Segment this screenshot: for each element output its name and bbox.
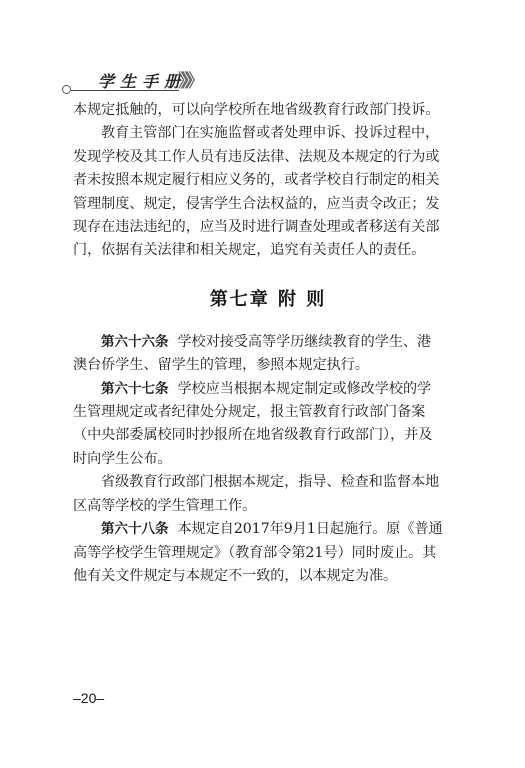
article-67: 第六十七条 学校应当根据本规定制定或修改学校的学 bbox=[73, 378, 463, 401]
text-line: 他有关文件规定与本规定不一致的，以本规定为准。 bbox=[73, 565, 463, 588]
text-line: 澳台侨学生、留学生的管理，参照本规定执行。 bbox=[73, 354, 463, 377]
header-title: 学生手册 bbox=[98, 69, 186, 92]
text-line: 生管理规定或者纪律处分规定，报主管教育行政部门备案 bbox=[73, 401, 463, 424]
chevrons-icon: 》》》 bbox=[178, 67, 199, 93]
text-line: 本规定自2017年9月1日起施行。原《普通 bbox=[177, 521, 442, 537]
text-line: 学校应当根据本规定制定或修改学校的学 bbox=[177, 381, 431, 397]
text-line: 者未按照本规定履行相应义务的，或者学校自行制定的相关 bbox=[73, 169, 463, 192]
text-line: 高等学校学生管理规定》（教育部令第21号）同时废止。其 bbox=[73, 542, 463, 565]
article-68: 第六十八条 本规定自2017年9月1日起施行。原《普通 bbox=[73, 518, 463, 541]
article-label: 第六十八条 bbox=[101, 521, 169, 537]
article-66: 第六十六条 学校对接受高等学历继续教育的学生、港 bbox=[73, 331, 463, 354]
page-number: –20– bbox=[73, 690, 104, 706]
text-line: 发现学校及其工作人员有违反法律、法规及本规定的行为或 bbox=[73, 146, 463, 169]
article-label: 第六十七条 bbox=[101, 381, 169, 397]
text-line: （中央部委属校同时抄报所在地省级教育行政部门），并及 bbox=[73, 424, 463, 447]
chapter-heading: 第七章 附 则 bbox=[73, 285, 463, 311]
page-body: 本规定抵触的，可以向学校所在地省级教育行政部门投诉。 教育主管部门在实施监督或者… bbox=[73, 99, 463, 588]
text-line: 本规定抵触的，可以向学校所在地省级教育行政部门投诉。 bbox=[73, 99, 463, 122]
article-label: 第六十六条 bbox=[101, 334, 169, 350]
running-header: 学生手册 》》》 bbox=[62, 68, 212, 96]
text-line: 时向学生公布。 bbox=[73, 448, 463, 471]
circle-ornament-icon bbox=[62, 85, 71, 94]
text-line: 管理制度、规定，侵害学生合法权益的，应当责令改正；发 bbox=[73, 193, 463, 216]
text-line: 区高等学校的学生管理工作。 bbox=[73, 495, 463, 518]
text-line: 现存在违法违纪的，应当及时进行调查处理或者移送有关部 bbox=[73, 216, 463, 239]
text-line: 教育主管部门在实施监督或者处理申诉、投诉过程中， bbox=[73, 122, 463, 145]
text-line: 门，依据有关法律和相关规定，追究有关责任人的责任。 bbox=[73, 239, 463, 262]
text-line: 省级教育行政部门根据本规定，指导、检查和监督本地 bbox=[73, 471, 463, 494]
text-line: 学校对接受高等学历继续教育的学生、港 bbox=[177, 334, 431, 350]
